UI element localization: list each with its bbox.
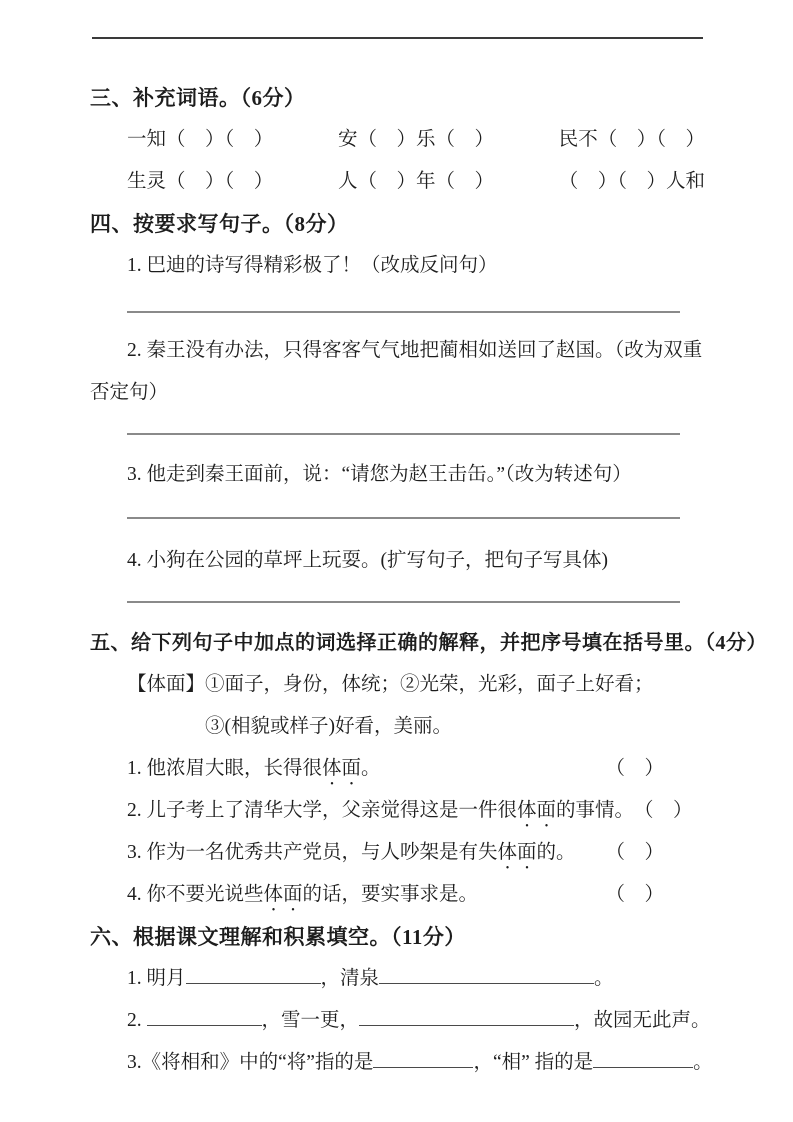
question-item-2: 2. 秦王没有办法，只得客客气气地把蔺相如送回了赵国。（改为双重否定句） [90, 330, 710, 414]
definition-line-1: 【体面】①面子，身份，体统；②光荣，光彩，面子上好看； [127, 664, 713, 706]
choice-stem: 3. 作为一名优秀共产党员，与人吵架是有失体面的。 [127, 832, 576, 874]
answer-blank [593, 1049, 693, 1069]
answer-bracket: （ ） [605, 874, 664, 916]
fill-text: ，故园无此声。 [574, 1010, 711, 1031]
choice-stem: 4. 你不要光说些体面的话，要实事求是。 [127, 874, 478, 916]
fill-item-1: 1. 明月，清泉。 [127, 958, 713, 1000]
stem-text: 。 [361, 758, 381, 779]
answer-line [127, 601, 680, 603]
question-item-3: 3. 他走到秦王面前，说：“请您为赵王击缶。”（改为转述句） [90, 454, 710, 496]
stem-text: 1. 他浓眉大眼，长得很 [127, 758, 322, 779]
answer-blank [147, 1007, 262, 1027]
page-divider-line [92, 37, 703, 39]
fill-text: ，清泉 [321, 968, 380, 989]
answer-blank [186, 965, 321, 985]
answer-line [127, 517, 680, 519]
fill-text: ，“相” 指的是 [473, 1052, 593, 1073]
fill-text: ，雪一更， [262, 1010, 360, 1031]
fill-item-3: 3.《将相和》中的“将”指的是，“相” 指的是。 [127, 1042, 713, 1084]
word-completion-row-2: 生灵（ ）（ ） 人（ ）年（ ） （ ）（ ）人和 [127, 161, 705, 203]
word-completion-group: （ ）（ ）人和 [559, 161, 705, 203]
choice-item-4: 4. 你不要光说些体面的话，要实事求是。 （ ） [127, 874, 664, 916]
word-completion-group: 人（ ）年（ ） [338, 161, 494, 203]
section-sentence-rewriting: 四、按要求写句子。（8分） 1. 巴迪的诗写得精彩极了！（改成反问句） 2. 秦… [90, 203, 713, 603]
section-6-heading: 六、根据课文理解和积累填空。（11分） [90, 916, 713, 958]
definition-line-2: ③(相貌或样子)好看，美丽。 [205, 706, 713, 748]
worksheet-page: 三、补充词语。（6分） 一知（ ）（ ） 安（ ）乐（ ） 民不（ ）（ ） 生… [0, 0, 793, 1122]
choice-item-2: 2. 儿子考上了清华大学，父亲觉得这是一件很体面的事情。 （ ） [127, 790, 664, 832]
section-3-heading: 三、补充词语。（6分） [90, 77, 713, 119]
section-4-heading: 四、按要求写句子。（8分） [90, 203, 713, 245]
emphasized-word: 体面 [498, 842, 537, 863]
stem-text: 的事情。 [556, 800, 634, 821]
fill-text: 。 [693, 1052, 713, 1073]
answer-bracket: （ ） [634, 790, 693, 832]
word-completion-group: 民不（ ）（ ） [559, 119, 705, 161]
word-completion-row-1: 一知（ ）（ ） 安（ ）乐（ ） 民不（ ）（ ） [127, 119, 705, 161]
section-text-recall-fill-in: 六、根据课文理解和积累填空。（11分） 1. 明月，清泉。 2. ，雪一更，，故… [90, 916, 713, 1084]
section-word-meaning-choice: 五、给下列句子中加点的词选择正确的解释，并把序号填在括号里。（4分） 【体面】①… [90, 622, 713, 916]
section-5-heading: 五、给下列句子中加点的词选择正确的解释，并把序号填在括号里。（4分） [90, 622, 713, 664]
stem-text: 4. 你不要光说些 [127, 884, 264, 905]
answer-bracket: （ ） [605, 748, 664, 790]
question-item-1: 1. 巴迪的诗写得精彩极了！（改成反问句） [90, 245, 710, 287]
fill-text: 。 [594, 968, 614, 989]
answer-blank [373, 1049, 473, 1069]
answer-blank [379, 965, 594, 985]
stem-text: 2. 儿子考上了清华大学，父亲觉得这是一件很 [127, 800, 517, 821]
answer-line [127, 311, 680, 313]
fill-text: 2. [127, 1010, 147, 1031]
answer-bracket: （ ） [605, 832, 664, 874]
stem-text: 3. 作为一名优秀共产党员，与人吵架是有失 [127, 842, 498, 863]
section-word-completion: 三、补充词语。（6分） 一知（ ）（ ） 安（ ）乐（ ） 民不（ ）（ ） 生… [90, 77, 713, 203]
word-completion-group: 生灵（ ）（ ） [127, 161, 273, 203]
stem-text: 的话，要实事求是。 [303, 884, 479, 905]
choice-item-1: 1. 他浓眉大眼，长得很体面。 （ ） [127, 748, 664, 790]
word-completion-group: 安（ ）乐（ ） [338, 119, 494, 161]
answer-blank [359, 1007, 574, 1027]
answer-line [127, 433, 680, 435]
choice-stem: 2. 儿子考上了清华大学，父亲觉得这是一件很体面的事情。 [127, 790, 634, 832]
stem-text: 的。 [537, 842, 576, 863]
choice-stem: 1. 他浓眉大眼，长得很体面。 [127, 748, 381, 790]
fill-text: 3.《将相和》中的“将”指的是 [127, 1052, 373, 1073]
word-completion-group: 一知（ ）（ ） [127, 119, 273, 161]
fill-item-2: 2. ，雪一更，，故园无此声。 [127, 1000, 713, 1042]
fill-text: 1. 明月 [127, 968, 186, 989]
question-item-4: 4. 小狗在公园的草坪上玩耍。(扩写句子，把句子写具体) [90, 540, 710, 582]
emphasized-word: 体面 [264, 884, 303, 905]
choice-item-3: 3. 作为一名优秀共产党员，与人吵架是有失体面的。 （ ） [127, 832, 664, 874]
emphasized-word: 体面 [322, 758, 361, 779]
emphasized-word: 体面 [517, 800, 556, 821]
